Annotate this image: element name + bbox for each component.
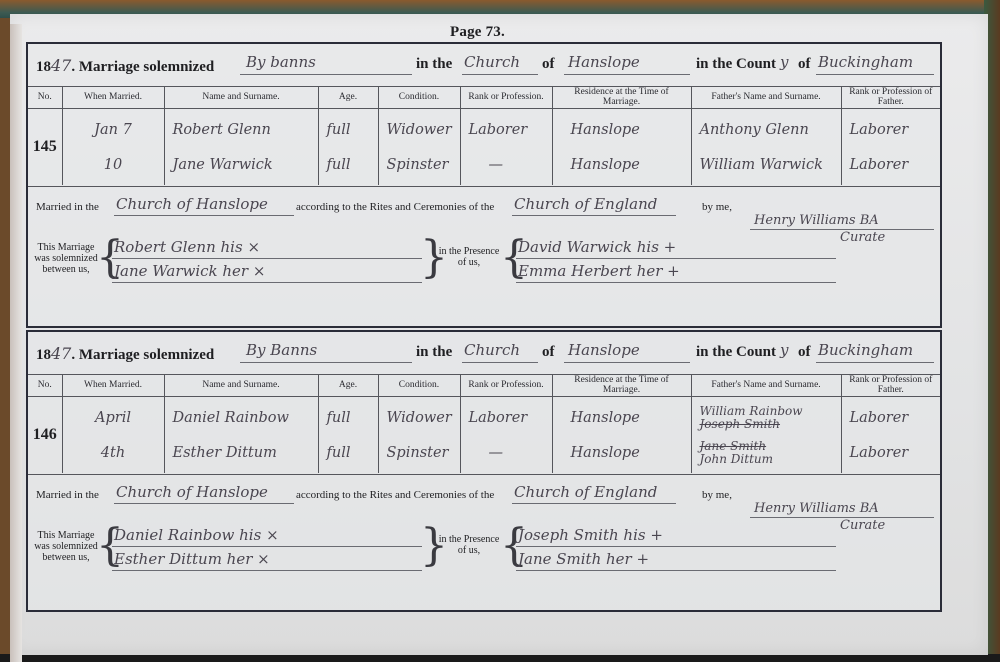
marriage-entry-146: 1847. Marriage solemnized By Banns in th…	[26, 330, 942, 612]
bride-signature: Jane Warwick her ×	[114, 262, 265, 280]
col-rank: Rank or Profession.	[460, 374, 552, 397]
table-row: 145 Jan 710 Robert GlennJane Warwick ful…	[28, 109, 940, 186]
conditions: WidowerSpinster	[378, 397, 460, 474]
county: Buckingham	[818, 341, 913, 359]
witness-1-signature: Joseph Smith his +	[518, 526, 663, 544]
rites-church: Church of England	[514, 195, 657, 213]
officiant: Henry Williams BA	[754, 501, 879, 516]
col-when-married: When Married.	[62, 86, 164, 109]
father-name: Jane Smith	[700, 440, 841, 453]
signatures-block: This Marriage was solemnized between us,…	[28, 522, 940, 602]
entry-table: No. When Married. Name and Surname. Age.…	[28, 86, 940, 185]
ages: fullfull	[318, 397, 378, 474]
marriage-entry-145: 1847. Marriage solemnized By banns in th…	[26, 42, 942, 328]
father-name-group: Jane SmithJohn Dittum	[700, 440, 841, 466]
father-name: Anthony Glenn	[700, 122, 841, 138]
witness-1-signature: David Warwick his +	[518, 238, 676, 256]
col-age: Age.	[318, 374, 378, 397]
ages: fullfull	[318, 109, 378, 186]
entry-header: 1847. Marriage solemnized By Banns in th…	[28, 332, 940, 375]
page-number: Page 73.	[450, 24, 505, 41]
entry-header: 1847. Marriage solemnized By banns in th…	[28, 44, 940, 87]
residences: HanslopeHanslope	[552, 109, 691, 186]
married-in-row: Married in the Church of Hanslope accord…	[28, 186, 940, 231]
solemnized-by: By Banns	[246, 341, 317, 359]
father-name-group: William RainbowJoseph Smith	[700, 405, 841, 431]
table-row: 146 April4th Daniel RainbowEsther Dittum…	[28, 397, 940, 474]
father-name: Joseph Smith	[700, 418, 841, 431]
col-condition: Condition.	[378, 86, 460, 109]
col-residence: Residence at the Time of Marriage.	[552, 86, 691, 109]
father-name: William Rainbow	[700, 405, 841, 418]
officiant-title: Curate	[840, 230, 885, 245]
column-headers: No. When Married. Name and Surname. Age.…	[28, 374, 940, 397]
col-when-married: When Married.	[62, 374, 164, 397]
this-marriage-label: This Marriage was solemnized between us,	[34, 530, 98, 563]
father-name: William Warwick	[700, 157, 841, 173]
witness-2-signature: Jane Smith her +	[518, 550, 649, 568]
married-in-row: Married in the Church of Hanslope accord…	[28, 474, 940, 519]
names: Robert GlennJane Warwick	[164, 109, 318, 186]
book-cover-bottom	[0, 654, 1000, 662]
ranks: Laborer—	[460, 397, 552, 474]
page-gutter	[10, 24, 22, 662]
solemnized-by: By banns	[246, 53, 316, 71]
col-father: Father's Name and Surname.	[691, 374, 841, 397]
col-age: Age.	[318, 86, 378, 109]
col-name: Name and Surname.	[164, 374, 318, 397]
ranks: Laborer—	[460, 109, 552, 186]
year-label: 1847. Marriage solemnized	[36, 56, 214, 76]
col-no: No.	[28, 374, 62, 397]
presence-label: in the Presence of us,	[438, 246, 500, 268]
col-name: Name and Surname.	[164, 86, 318, 109]
parish: Hanslope	[568, 53, 640, 71]
residences: HanslopeHanslope	[552, 397, 691, 474]
col-father: Father's Name and Surname.	[691, 86, 841, 109]
names: Daniel RainbowEsther Dittum	[164, 397, 318, 474]
place-type: Church	[464, 53, 520, 71]
officiant-title: Curate	[840, 518, 885, 533]
entry-table: No. When Married. Name and Surname. Age.…	[28, 374, 940, 473]
col-condition: Condition.	[378, 374, 460, 397]
father-name-group: Anthony Glenn	[700, 122, 841, 138]
col-no: No.	[28, 86, 62, 109]
county: Buckingham	[818, 53, 913, 71]
column-headers: No. When Married. Name and Surname. Age.…	[28, 86, 940, 109]
when-married: April4th	[62, 397, 164, 474]
col-father-rank: Rank or Profession of Father.	[841, 374, 940, 397]
fathers: Anthony GlennWilliam Warwick	[691, 109, 841, 186]
father-ranks: LaborerLaborer	[841, 397, 940, 474]
col-rank: Rank or Profession.	[460, 86, 552, 109]
father-name-group: William Warwick	[700, 157, 841, 173]
groom-signature: Daniel Rainbow his ×	[114, 526, 279, 544]
presence-label: in the Presence of us,	[438, 534, 500, 556]
entry-number: 145	[28, 109, 62, 186]
bride-signature: Esther Dittum her ×	[114, 550, 270, 568]
rites-church: Church of England	[514, 483, 657, 501]
register-page: Page 73. 1847. Marriage solemnized By ba…	[10, 14, 988, 655]
officiant: Henry Williams BA	[754, 213, 879, 228]
signatures-block: This Marriage was solemnized between us,…	[28, 234, 940, 314]
father-name: John Dittum	[700, 453, 841, 466]
married-in-place: Church of Hanslope	[116, 195, 268, 213]
place-type: Church	[464, 341, 520, 359]
entry-number: 146	[28, 397, 62, 474]
groom-signature: Robert Glenn his ×	[114, 238, 260, 256]
married-in-place: Church of Hanslope	[116, 483, 268, 501]
year-label: 1847. Marriage solemnized	[36, 344, 214, 364]
fathers: William RainbowJoseph SmithJane SmithJoh…	[691, 397, 841, 474]
when-married: Jan 710	[62, 109, 164, 186]
col-father-rank: Rank or Profession of Father.	[841, 86, 940, 109]
this-marriage-label: This Marriage was solemnized between us,	[34, 242, 98, 275]
parish: Hanslope	[568, 341, 640, 359]
father-ranks: LaborerLaborer	[841, 109, 940, 186]
col-residence: Residence at the Time of Marriage.	[552, 374, 691, 397]
conditions: WidowerSpinster	[378, 109, 460, 186]
witness-2-signature: Emma Herbert her +	[518, 262, 680, 280]
